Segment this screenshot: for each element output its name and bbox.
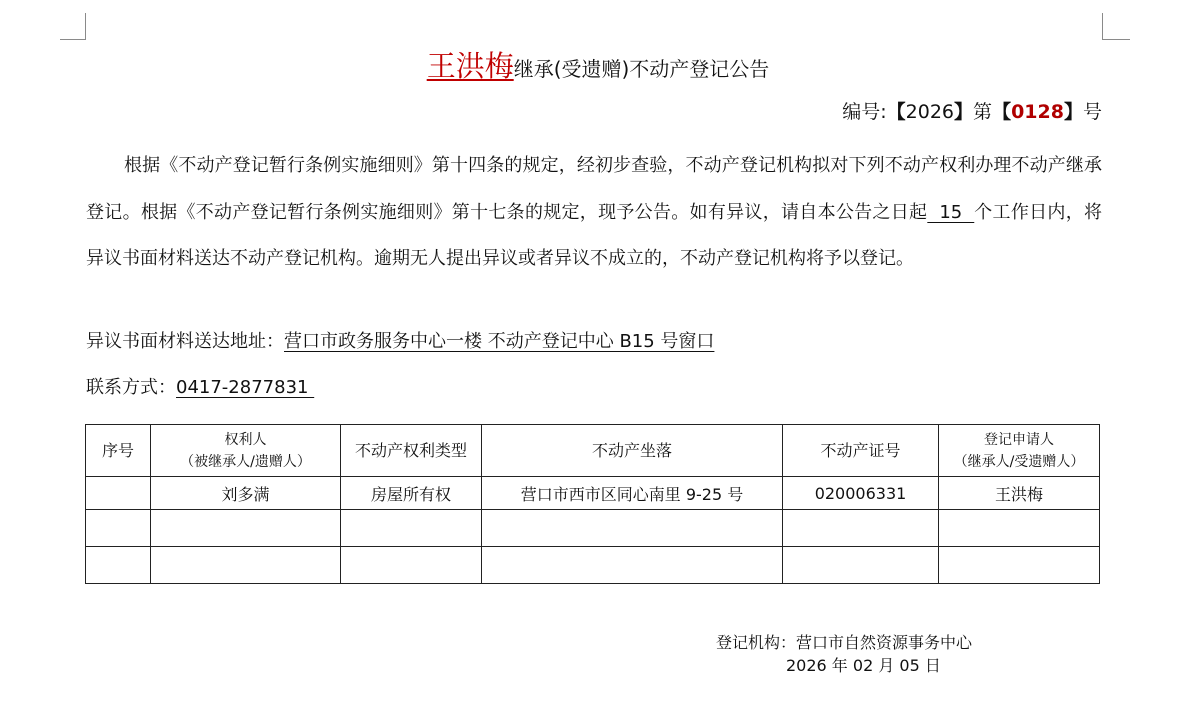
document-number: 编号:【2026】第【0128】号 <box>842 97 1102 124</box>
cell-location: 营口市西市区同心南里 9-25 号 <box>482 477 783 510</box>
doc-serial-number: 0128 <box>1011 101 1064 123</box>
header-label: 权利人 <box>151 429 340 451</box>
bracket: 【 <box>887 101 906 123</box>
table-row: 刘多满 房屋所有权 营口市西市区同心南里 9-25 号 020006331 王洪… <box>86 477 1100 510</box>
cell-serial <box>86 477 151 510</box>
cell-certificate-no: 020006331 <box>783 477 939 510</box>
cell-certificate-no <box>783 510 939 547</box>
cell-applicant <box>939 510 1100 547</box>
cell-serial <box>86 510 151 547</box>
cell-applicant <box>939 547 1100 584</box>
contact-info: 联系方式：0417-2877831 <box>86 373 314 399</box>
objection-address: 异议书面材料送达地址：营口市政务服务中心一楼 不动产登记中心 B15 号窗口 <box>86 327 714 353</box>
header-sublabel: （继承人/受遗赠人） <box>939 451 1099 473</box>
authority-name: 营口市自然资源事务中心 <box>796 633 972 652</box>
crop-mark-top-right <box>1102 13 1130 40</box>
header-serial: 序号 <box>86 425 151 477</box>
contact-phone: 0417-2877831 <box>176 377 314 398</box>
doc-number-label: 编号: <box>842 101 886 123</box>
header-label: 不动产证号 <box>820 441 900 460</box>
cell-location <box>482 547 783 584</box>
cell-right-holder <box>151 510 341 547</box>
bracket: 】 <box>1064 101 1083 123</box>
header-label: 序号 <box>102 441 134 460</box>
doc-number-di: 第 <box>973 101 992 123</box>
registration-table: 序号 权利人（被继承人/遗赠人） 不动产权利类型 不动产坐落 不动产证号 登记申… <box>85 424 1100 584</box>
crop-mark-top-left <box>60 13 86 40</box>
announcement-body: 根据《不动产登记暂行条例实施细则》第十四条的规定，经初步查验，不动产登记机构拟对… <box>86 143 1102 283</box>
header-right-type: 不动产权利类型 <box>341 425 482 477</box>
header-certificate-no: 不动产证号 <box>783 425 939 477</box>
table-header-row: 序号 权利人（被继承人/遗赠人） 不动产权利类型 不动产坐落 不动产证号 登记申… <box>86 425 1100 477</box>
header-label: 不动产权利类型 <box>355 441 467 460</box>
cell-certificate-no <box>783 547 939 584</box>
registration-authority: 登记机构：营口市自然资源事务中心 <box>716 631 972 654</box>
objection-address-label: 异议书面材料送达地址： <box>86 331 284 352</box>
cell-right-holder: 刘多满 <box>151 477 341 510</box>
contact-label: 联系方式： <box>86 377 176 398</box>
cell-right-type <box>341 547 482 584</box>
cell-serial <box>86 547 151 584</box>
header-location: 不动产坐落 <box>482 425 783 477</box>
objection-address-value: 营口市政务服务中心一楼 不动产登记中心 B15 号窗口 <box>284 331 714 352</box>
doc-number-hao: 号 <box>1083 101 1102 123</box>
header-right-holder: 权利人（被继承人/遗赠人） <box>151 425 341 477</box>
announcement-date: 2026 年 02 月 05 日 <box>786 654 941 677</box>
cell-right-type: 房屋所有权 <box>341 477 482 510</box>
header-sublabel: （被继承人/遗赠人） <box>151 451 340 473</box>
page-title: 王洪梅继承(受遗赠)不动产登记公告 <box>0 44 1196 85</box>
cell-location <box>482 510 783 547</box>
authority-label: 登记机构： <box>716 633 796 652</box>
cell-right-type <box>341 510 482 547</box>
doc-year: 2026 <box>906 101 954 123</box>
objection-days: 15 <box>927 202 974 223</box>
table-row <box>86 547 1100 584</box>
title-applicant-name: 王洪梅 <box>427 49 514 83</box>
bracket: 】 <box>954 101 973 123</box>
cell-applicant: 王洪梅 <box>939 477 1100 510</box>
header-label: 登记申请人 <box>939 429 1099 451</box>
title-text: 继承(受遗赠)不动产登记公告 <box>514 57 770 81</box>
bracket: 【 <box>992 101 1011 123</box>
cell-right-holder <box>151 547 341 584</box>
header-label: 不动产坐落 <box>592 441 672 460</box>
header-applicant: 登记申请人（继承人/受遗赠人） <box>939 425 1100 477</box>
table-row <box>86 510 1100 547</box>
